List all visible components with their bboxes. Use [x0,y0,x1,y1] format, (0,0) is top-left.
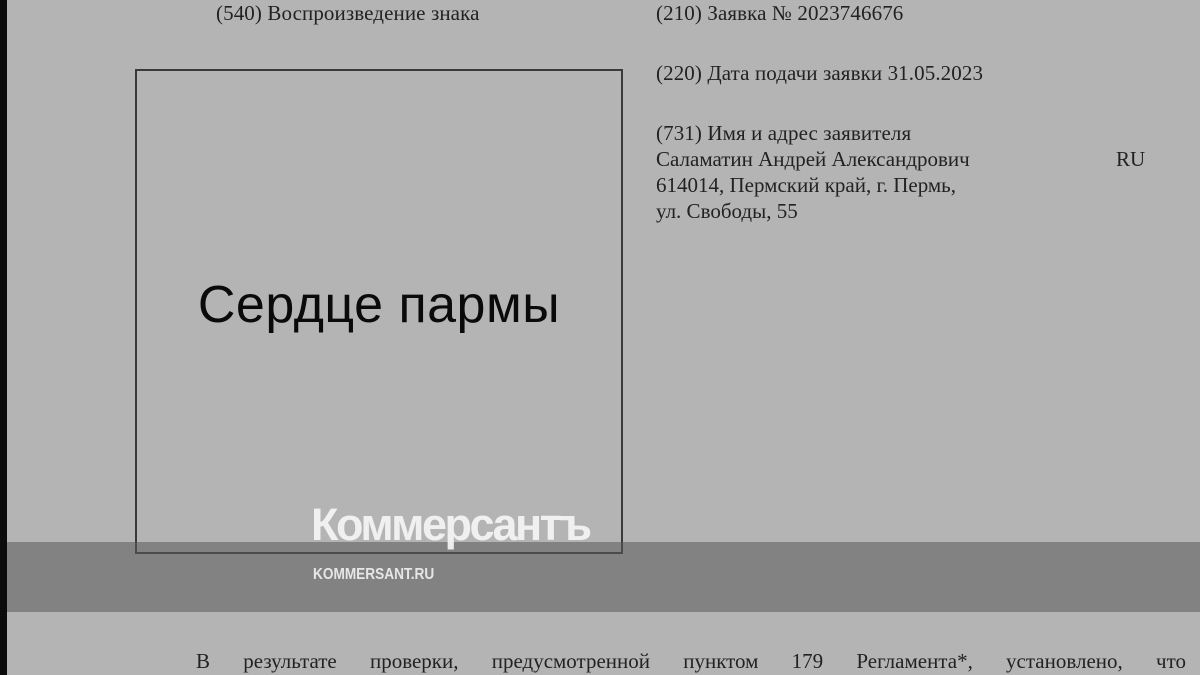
applicant-name: Саламатин Андрей Александрович [656,147,970,171]
applicant-address-line-2: ул. Свободы, 55 [656,198,1176,224]
applicant-country-code: RU [1116,146,1145,172]
filing-date: (220) Дата подачи заявки 31.05.2023 [656,60,983,86]
applicant-name-line: Саламатин Андрей Александрович RU [656,146,1176,172]
trademark-text: Сердце пармы [198,275,560,335]
applicant-address-line-1: 614014, Пермский край, г. Пермь, [656,172,1176,198]
body-paragraph: В результате проверки, предусмотренной п… [196,647,1186,675]
applicant-details: Саламатин Андрей Александрович RU 614014… [656,146,1176,224]
reproduction-label: (540) Воспроизведение знака [216,0,480,26]
trademark-reproduction-box: Сердце пармы [135,69,623,554]
applicant-heading: (731) Имя и адрес заявителя [656,120,911,146]
kommersant-logo: Коммерсантъ [311,498,590,552]
left-edge-strip [0,0,7,675]
watermark-band [7,542,1200,612]
application-number: (210) Заявка № 2023746676 [656,0,903,26]
kommersant-url: KOMMERSANT.RU [313,566,434,584]
